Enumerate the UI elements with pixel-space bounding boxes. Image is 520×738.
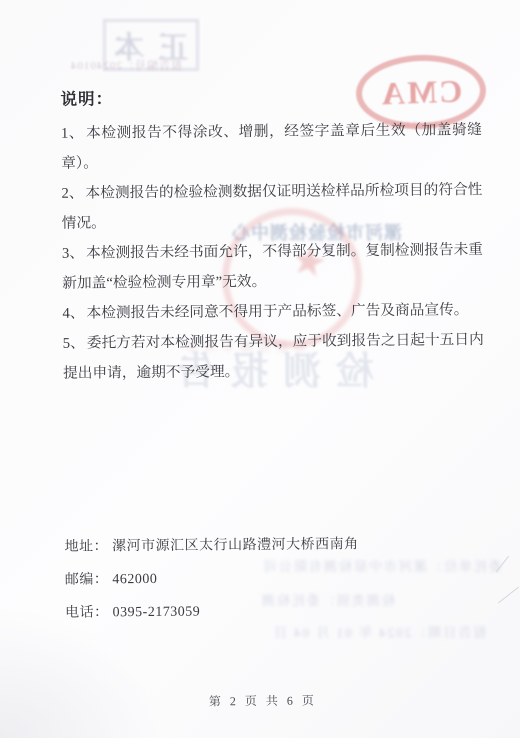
note-text: 本检测报告的检验检测数据仅证明送检样品所检项目的符合性情况。 (62, 182, 483, 232)
note-number: 5、 (63, 336, 87, 352)
note-text: 委托方若对本检测报告有异议，应于收到报告之日起十五日内提出申请，逾期不予受理。 (63, 332, 484, 382)
note-text: 本检测报告不得涂改、增删，经签字盖章后生效（加盖骑缝章）。 (61, 122, 482, 172)
postcode-label: 邮编： (65, 572, 113, 587)
postcode-value: 462000 (112, 572, 157, 587)
note-text: 本检测报告未经书面允许，不得部分复制。复制检测报告未重新加盖“检验检测专用章”无… (62, 242, 483, 292)
scanned-report-page: 正本 报告编号：20240104 CMA 212419050062 ★ 检验检测… (0, 0, 520, 738)
note-number: 2、 (61, 186, 85, 202)
address-value: 漯河市源汇区太行山路澧河大桥西南角 (112, 537, 359, 554)
note-number: 4、 (62, 306, 86, 322)
phone-line: 电话：0395-2173059 (65, 601, 359, 624)
address-line: 地址：漯河市源汇区太行山路澧河大桥西南角 (64, 535, 358, 558)
notes-heading: 说明： (61, 82, 482, 110)
page-indicator: 第 2 页 共 6 页 (209, 694, 317, 709)
note-text: 本检测报告未经同意不得用于产品标签、广告及商品宣传。 (86, 302, 468, 321)
note-number: 1、 (61, 126, 86, 142)
note-item-5: 5、委托方若对本检测报告有异议，应于收到报告之日起十五日内提出申请，逾期不予受理… (63, 325, 485, 389)
note-item-1: 1、本检测报告不得涂改、增删，经签字盖章后生效（加盖骑缝章）。 (61, 115, 483, 179)
page-content: 说明： 1、本检测报告不得涂改、增删，经签字盖章后生效（加盖骑缝章）。 2、本检… (0, 0, 520, 738)
contact-section: 地址：漯河市源汇区太行山路澧河大桥西南角 邮编：462000 电话：0395-2… (64, 535, 359, 637)
postcode-line: 邮编：462000 (65, 568, 359, 591)
page-footer: 第 2 页 共 6 页 (3, 690, 520, 712)
note-number: 3、 (62, 246, 86, 262)
notes-section: 说明： 1、本检测报告不得涂改、增删，经签字盖章后生效（加盖骑缝章）。 2、本检… (61, 82, 485, 389)
phone-label: 电话： (65, 605, 113, 620)
phone-value: 0395-2173059 (113, 605, 201, 621)
address-label: 地址： (64, 539, 112, 554)
note-item-4: 4、本检测报告未经同意不得用于产品标签、广告及商品宣传。 (62, 295, 483, 329)
note-item-3: 3、本检测报告未经书面允许，不得部分复制。复制检测报告未重新加盖“检验检测专用章… (62, 235, 484, 299)
note-item-2: 2、本检测报告的检验检测数据仅证明送检样品所检项目的符合性情况。 (61, 175, 483, 239)
